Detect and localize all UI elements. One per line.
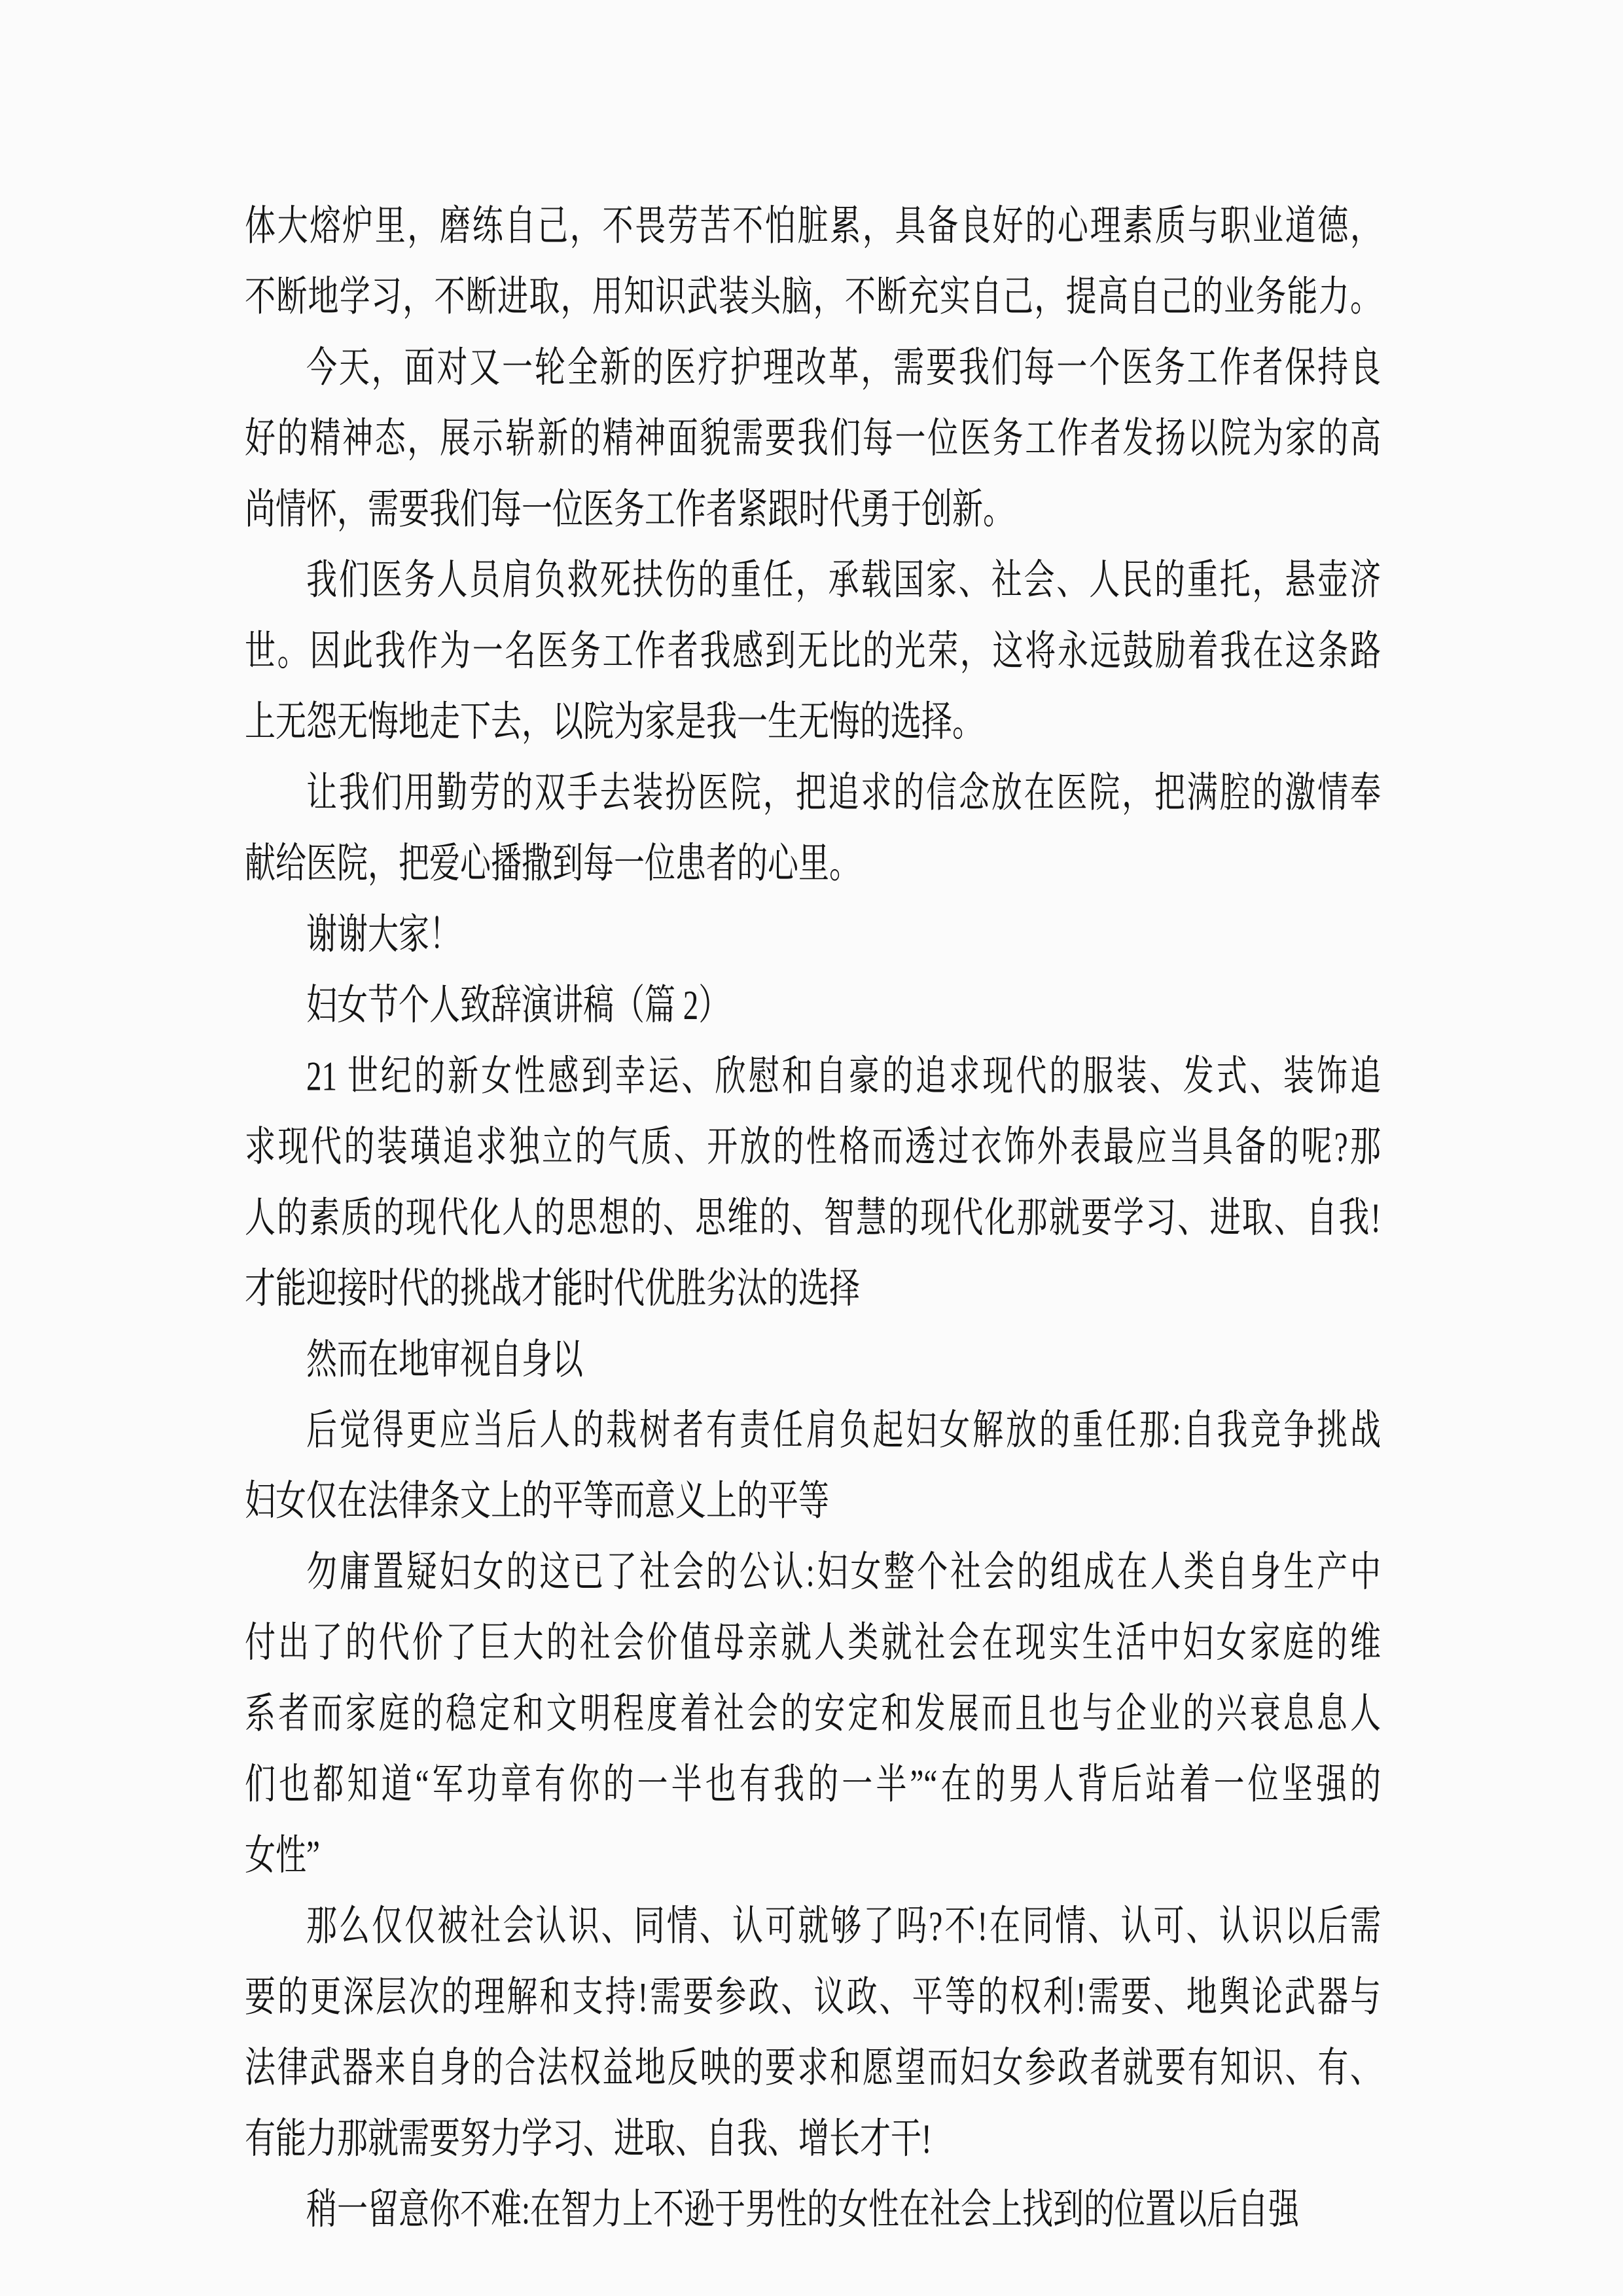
text-line: 今天，面对又一轮全新的医疗护理改革，需要我们每一个医务工作者保持良 [245,332,1381,403]
text-line: 21 世纪的新女性感到幸运、欣慰和自豪的追求现代的服装、发式、装饰追 [245,1041,1381,1112]
text-line: 后觉得更应当后人的栽树者有责任肩负起妇女解放的重任那:自我竞争挑战 [245,1395,1381,1466]
text-line: 世。因此我作为一名医务工作者我感到无比的光荣，这将永远鼓励着我在这条路 [245,616,1381,687]
text-line: 们也都知道“军功章有你的一半也有我的一半”“在的男人背后站着一位坚强的 [245,1749,1381,1820]
text-line: 体大熔炉里，磨练自己，不畏劳苦不怕脏累，具备良好的心理素质与职业道德， [245,191,1381,262]
text-line: 妇女节个人致辞演讲稿（篇 2） [245,971,1381,1041]
text-line: 有能力那就需要努力学习、进取、自我、增长才干! [245,2104,1381,2174]
text-line: 付出了的代价了巨大的社会价值母亲就人类就社会在现实生活中妇女家庭的维 [245,1608,1381,1679]
document-page: 体大熔炉里，磨练自己，不畏劳苦不怕脏累，具备良好的心理素质与职业道德，不断地学习… [0,0,1623,2296]
text-body: 体大熔炉里，磨练自己，不畏劳苦不怕脏累，具备良好的心理素质与职业道德，不断地学习… [245,191,1381,2246]
text-line: 求现代的装璜追求独立的气质、开放的性格而透过衣饰外表最应当具备的呢?那 [245,1112,1381,1183]
text-line: 女性” [245,1821,1381,1892]
text-line: 我们医务人员肩负救死扶伤的重任，承载国家、社会、人民的重托，悬壶济 [245,545,1381,616]
text-line: 让我们用勤劳的双手去装扮医院，把追求的信念放在医院，把满腔的激情奉 [245,758,1381,829]
text-line: 勿庸置疑妇女的这已了社会的公认:妇女整个社会的组成在人类自身生产中 [245,1537,1381,1608]
text-line: 法律武器来自身的合法权益地反映的要求和愿望而妇女参政者就要有知识、有、 [245,2033,1381,2104]
text-line: 要的更深层次的理解和支持!需要参政、议政、平等的权利!需要、地舆论武器与 [245,1962,1381,2033]
text-line: 妇女仅在法律条文上的平等而意义上的平等 [245,1466,1381,1537]
text-line: 那么仅仅被社会认识、同情、认可就够了吗?不!在同情、认可、认识以后需 [245,1892,1381,1962]
text-line: 不断地学习，不断进取，用知识武装头脑，不断充实自己，提高自己的业务能力。 [245,262,1381,332]
text-line: 上无怨无悔地走下去，以院为家是我一生无悔的选择。 [245,687,1381,758]
text-line: 系者而家庭的稳定和文明程度着社会的安定和发展而且也与企业的兴衰息息人 [245,1679,1381,1749]
text-line: 献给医院，把爱心播撒到每一位患者的心里。 [245,829,1381,899]
text-line: 尚情怀，需要我们每一位医务工作者紧跟时代勇于创新。 [245,475,1381,545]
text-line: 稍一留意你不难:在智力上不逊于男性的女性在社会上找到的位置以后自强 [245,2175,1381,2246]
text-line: 好的精神态，展示崭新的精神面貌需要我们每一位医务工作者发扬以院为家的高 [245,404,1381,475]
text-line: 谢谢大家！ [245,899,1381,970]
text-line: 才能迎接时代的挑战才能时代优胜劣汰的选择 [245,1254,1381,1325]
text-line: 人的素质的现代化人的思想的、思维的、智慧的现代化那就要学习、进取、自我! [245,1183,1381,1253]
text-line: 然而在地审视自身以 [245,1325,1381,1395]
